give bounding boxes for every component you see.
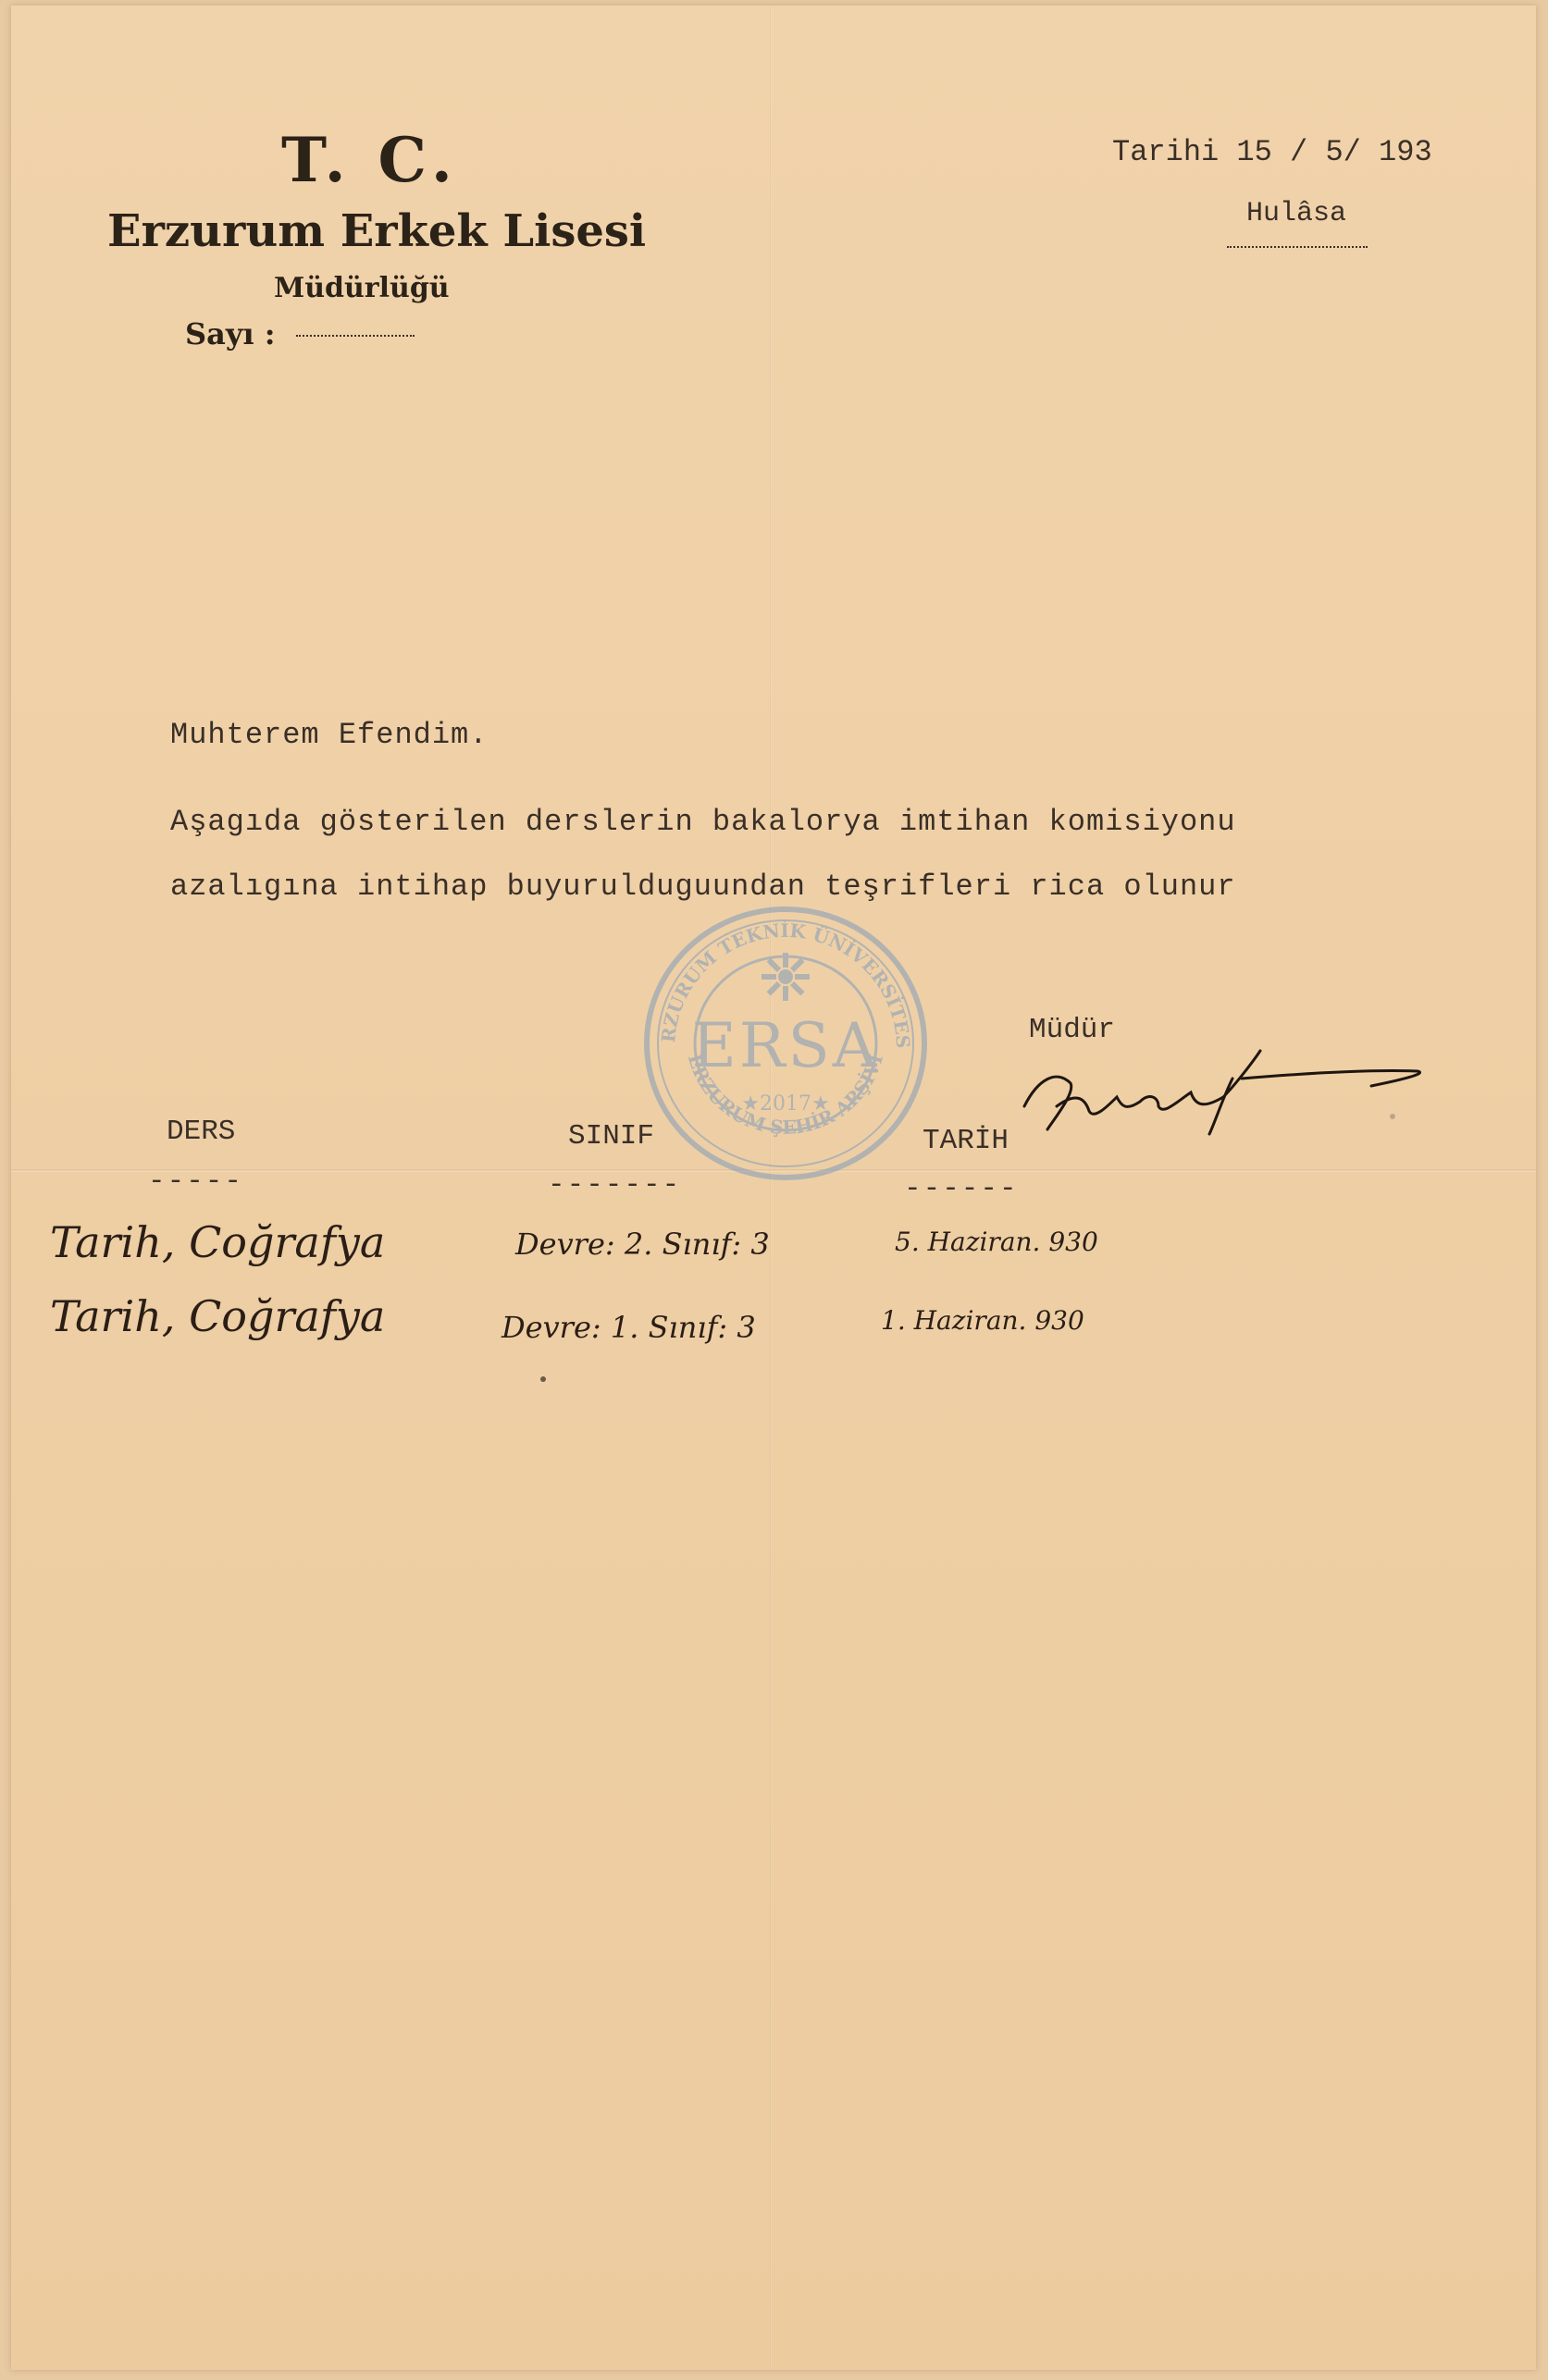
row-1-tarih: 5. Haziran. 930 [895, 1227, 1098, 1257]
department-name: Müdürlüğü [274, 272, 450, 304]
separator-ders: ----- [148, 1165, 243, 1198]
separator-sinif: ------- [548, 1169, 681, 1202]
separator-tarih: ------ [904, 1173, 1019, 1205]
sayi-label: Sayı : [185, 316, 276, 351]
row-1-sinif: Devre: 2. Sınıf: 3 [515, 1227, 770, 1262]
school-name: Erzurum Erkek Lisesi [107, 205, 646, 257]
document-page: T. C. Erzurum Erkek Lisesi Müdürlüğü Say… [11, 6, 1536, 2370]
column-header-ders: DERS [167, 1116, 235, 1148]
date-field: Tarihi 15 / 5/ 193 [1112, 135, 1432, 169]
body-line-1: Aşagıda gösterilen derslerin bakalorya i… [170, 805, 1236, 839]
summary-dotted-line [1227, 246, 1368, 248]
summary-label: Hulâsa [1246, 198, 1346, 229]
salutation: Muhterem Efendim. [170, 718, 488, 752]
row-2-ders: Tarih, Coğrafya [50, 1291, 385, 1341]
sayi-dotted-line [296, 335, 415, 337]
row-1-ders: Tarih, Coğrafya [50, 1217, 385, 1267]
signature-icon [1020, 1042, 1436, 1143]
ink-speck [540, 1376, 546, 1382]
column-header-sinif: SINIF [568, 1120, 654, 1153]
row-2-tarih: 1. Haziran. 930 [881, 1305, 1084, 1336]
letterhead-tc: T. C. [281, 124, 458, 196]
svg-text:ERSA: ERSA [692, 1010, 880, 1081]
column-header-tarih: TARİH [923, 1125, 1009, 1157]
archive-stamp-icon: ERZURUM TEKNİK ÜNİVERSİTESİ ERZURUM ŞEHİ… [633, 895, 938, 1190]
row-2-sinif: Devre: 1. Sınıf: 3 [502, 1310, 756, 1345]
paper-speck [1390, 1114, 1395, 1119]
svg-text:★2017★: ★2017★ [741, 1092, 829, 1116]
